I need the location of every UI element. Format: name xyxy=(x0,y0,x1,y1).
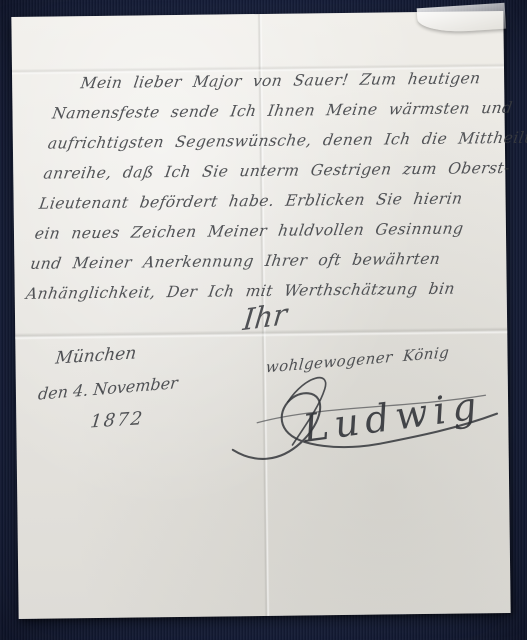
letter-valediction: Ihr xyxy=(241,297,288,338)
paper-corner-fold xyxy=(417,3,506,35)
signature-art: Ludwig xyxy=(226,363,505,466)
letter-date: den 4. November xyxy=(37,373,178,404)
signature: Ludwig xyxy=(226,363,505,466)
letter-paper: Mein lieber Major von Sauer! Zum heutige… xyxy=(11,11,510,619)
letter-place: München xyxy=(54,343,137,368)
letter-body: Mein lieber Major von Sauer! Zum heutige… xyxy=(24,63,501,309)
letter-year: 1872 xyxy=(89,408,145,433)
photo-background: Mein lieber Major von Sauer! Zum heutige… xyxy=(0,0,527,640)
